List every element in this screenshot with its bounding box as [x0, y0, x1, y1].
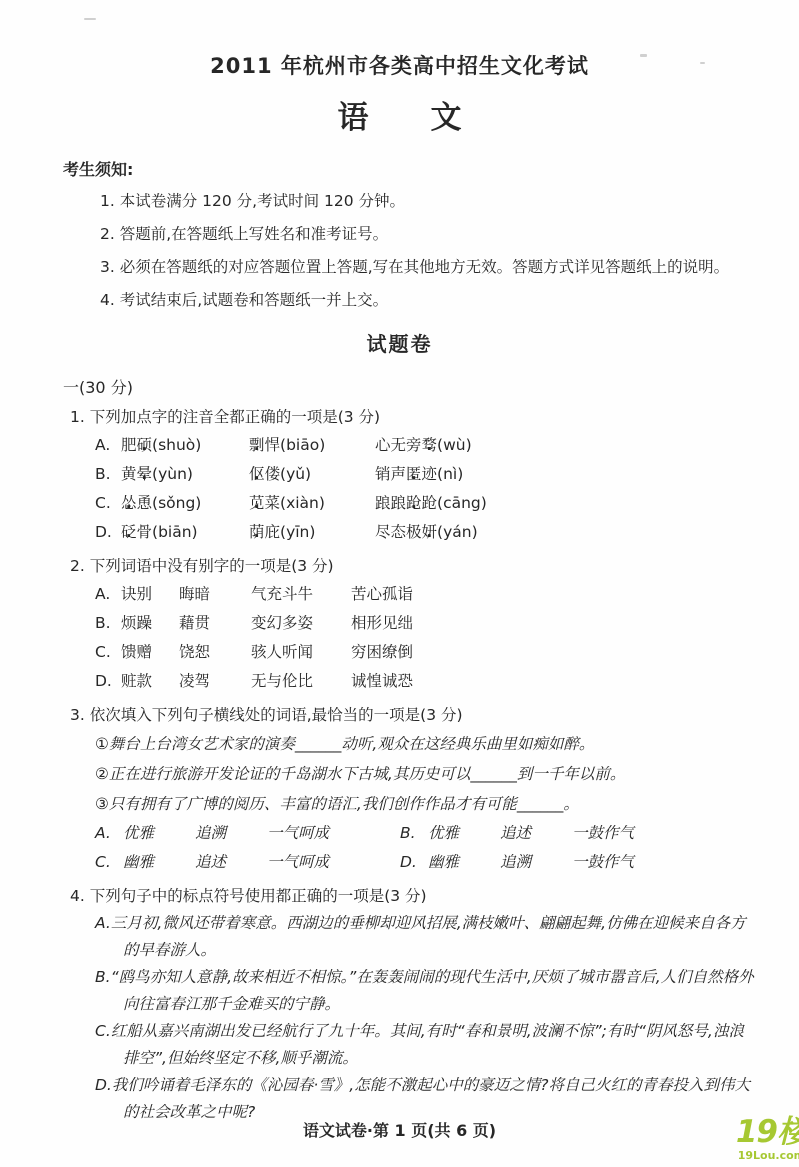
option-word: 饶恕 [179, 638, 251, 667]
option-word: 无与伦比 [251, 667, 351, 696]
option-word: 怂恿(sǒng) [121, 489, 249, 518]
question-1: 1. 下列加点字的注音全都正确的一项是(3 分) A. 肥硕(shuò) 剽悍(… [70, 403, 759, 547]
question-1-option-c: C. 怂恿(sǒng) 苋菜(xiàn) 踉踉跄跄(cāng) [95, 489, 759, 518]
option-text: 红船从嘉兴南湖出发已经航行了九十年。其间,有时“春和景明,波澜不惊”;有时“阴风… [111, 1022, 744, 1067]
option-word: 诀别 [121, 580, 179, 609]
question-2-stem: 2. 下列词语中没有别字的一项是(3 分) [70, 552, 759, 580]
question-3-option-b: B. 优雅 追述 一鼓作气 [400, 819, 634, 848]
question-3-sentence-3: ③只有拥有了广博的阅历、丰富的语汇,我们创作作品才有可能______。 [95, 789, 759, 819]
19lou-logo: 19楼 [736, 1117, 799, 1148]
option-word: 藉贯 [179, 609, 251, 638]
question-3-stem: 3. 依次填入下列句子横线处的词语,最恰当的一项是(3 分) [70, 701, 759, 729]
option-text: “鸥鸟亦知人意静,故来相近不相惊。”在轰轰闹闹的现代生活中,厌烦了城市嚣音后,人… [111, 968, 754, 1013]
option-label: C. [95, 848, 123, 877]
19lou-site-label: 19Lou.com [736, 1150, 799, 1161]
option-word: 踉踉跄跄(cāng) [375, 489, 759, 518]
option-label: A. [95, 914, 111, 932]
notice-heading: 考生须知: [63, 157, 749, 180]
option-word: 相形见绌 [351, 609, 759, 638]
option-label: B. [400, 819, 428, 848]
question-1-stem: 1. 下列加点字的注音全都正确的一项是(3 分) [70, 403, 759, 431]
option-word: 穷困缭倒 [351, 638, 759, 667]
question-2-option-a: A. 诀别 晦暗 气充斗牛 苦心孤诣 [95, 580, 759, 609]
scan-artifact [700, 62, 705, 64]
question-4-option-a: A.三月初,微风还带着寒意。西湖边的垂柳却迎风招展,满枝嫩叶、翩翩起舞,仿佛在迎… [95, 910, 759, 964]
section-heading: 试题卷 [0, 328, 799, 357]
option-word: 赃款 [121, 667, 179, 696]
option-word: 荫庇(yīn) [249, 518, 375, 547]
option-word: 销声匿迹(nì) [375, 460, 759, 489]
option-text: 我们吟诵着毛泽东的《沁园春·雪》,怎能不激起心中的豪迈之情?将自己火红的青春投入… [112, 1076, 750, 1121]
notice-item: 3. 必须在答题纸的对应答题位置上答题,写在其他地方无效。答题方式详见答题纸上的… [100, 255, 749, 279]
notice-item: 2. 答题前,在答题纸上写姓名和准考证号。 [100, 222, 749, 246]
question-1-option-d: D. 砭骨(biān) 荫庇(yīn) 尽态极妍(yán) [95, 518, 759, 547]
option-word: 幽雅 [428, 848, 500, 877]
option-word: 心无旁骛(wù) [375, 431, 759, 460]
question-3-option-c: C. 幽雅 追述 一气呵成 [95, 848, 400, 877]
candidate-notice: 考生须知: 1. 本试卷满分 120 分,考试时间 120 分钟。 2. 答题前… [63, 157, 749, 312]
notice-item: 4. 考试结束后,试题卷和答题纸一并上交。 [100, 288, 749, 312]
scan-artifact [84, 18, 96, 20]
option-word: 黄晕(yùn) [121, 460, 249, 489]
option-word: 一鼓作气 [572, 819, 634, 848]
option-label: C. [95, 1022, 111, 1040]
option-label: B. [95, 460, 121, 489]
option-word: 肥硕(shuò) [121, 431, 249, 460]
option-word: 追溯 [195, 819, 267, 848]
exam-paper-page: 2011 年杭州市各类高中招生文化考试 语 文 考生须知: 1. 本试卷满分 1… [0, 0, 799, 1167]
option-word: 苋菜(xiàn) [249, 489, 375, 518]
question-3: 3. 依次填入下列句子横线处的词语,最恰当的一项是(3 分) ①舞台上台湾女艺术… [70, 701, 759, 877]
option-word: 剽悍(biāo) [249, 431, 375, 460]
question-2-option-c: C. 馈赠 饶恕 骇人听闻 穷困缭倒 [95, 638, 759, 667]
option-label: B. [95, 968, 111, 986]
option-word: 一气呵成 [267, 819, 400, 848]
question-2-option-b: B. 烦躁 藉贯 变幻多姿 相形见绌 [95, 609, 759, 638]
subject-title: 语 文 [0, 92, 799, 137]
option-word: 骇人听闻 [251, 638, 351, 667]
option-word: 气充斗牛 [251, 580, 351, 609]
option-word: 苦心孤诣 [351, 580, 759, 609]
option-label: A. [95, 580, 121, 609]
option-word: 幽雅 [123, 848, 195, 877]
question-3-option-a: A. 优雅 追溯 一气呵成 [95, 819, 400, 848]
question-3-sentence-1: ①舞台上台湾女艺术家的演奏______动听,观众在这经典乐曲里如痴如醉。 [95, 729, 759, 759]
option-word: 伛偻(yǔ) [249, 460, 375, 489]
question-4: 4. 下列句子中的标点符号使用都正确的一项是(3 分) A.三月初,微风还带着寒… [70, 882, 759, 1126]
option-word: 凌驾 [179, 667, 251, 696]
option-word: 诚惶诚恐 [351, 667, 759, 696]
question-3-options-row-2: C. 幽雅 追述 一气呵成 D. 幽雅 追溯 一鼓作气 [95, 848, 759, 877]
question-2: 2. 下列词语中没有别字的一项是(3 分) A. 诀别 晦暗 气充斗牛 苦心孤诣… [70, 552, 759, 696]
page-footer: 语文试卷·第 1 页(共 6 页) [0, 1118, 799, 1141]
question-4-option-c: C.红船从嘉兴南湖出发已经航行了九十年。其间,有时“春和景明,波澜不惊”;有时“… [95, 1018, 759, 1072]
option-label: D. [95, 667, 121, 696]
option-word: 一气呵成 [267, 848, 400, 877]
question-1-option-a: A. 肥硕(shuò) 剽悍(biāo) 心无旁骛(wù) [95, 431, 759, 460]
option-word: 优雅 [123, 819, 195, 848]
option-word: 砭骨(biān) [121, 518, 249, 547]
option-label: B. [95, 609, 121, 638]
scan-artifact [640, 54, 647, 57]
question-4-option-b: B.“鸥鸟亦知人意静,故来相近不相惊。”在轰轰闹闹的现代生活中,厌烦了城市嚣音后… [95, 964, 759, 1018]
option-label: A. [95, 431, 121, 460]
option-word: 烦躁 [121, 609, 179, 638]
19lou-watermark: 19楼 19Lou.com [736, 1117, 799, 1161]
option-word: 优雅 [428, 819, 500, 848]
option-label: D. [95, 1076, 112, 1094]
option-word: 追述 [500, 819, 572, 848]
option-label: D. [400, 848, 428, 877]
question-1-option-b: B. 黄晕(yùn) 伛偻(yǔ) 销声匿迹(nì) [95, 460, 759, 489]
exam-title: 2011 年杭州市各类高中招生文化考试 [0, 0, 799, 80]
option-word: 晦暗 [179, 580, 251, 609]
part-heading: 一(30 分) [63, 375, 799, 398]
option-label: A. [95, 819, 123, 848]
option-word: 追述 [195, 848, 267, 877]
question-3-options-row-1: A. 优雅 追溯 一气呵成 B. 优雅 追述 一鼓作气 [95, 819, 759, 848]
option-label: D. [95, 518, 121, 547]
option-text: 三月初,微风还带着寒意。西湖边的垂柳却迎风招展,满枝嫩叶、翩翩起舞,仿佛在迎候来… [111, 914, 746, 959]
option-word: 变幻多姿 [251, 609, 351, 638]
option-word: 馈赠 [121, 638, 179, 667]
notice-item: 1. 本试卷满分 120 分,考试时间 120 分钟。 [100, 189, 749, 213]
question-4-stem: 4. 下列句子中的标点符号使用都正确的一项是(3 分) [70, 882, 759, 910]
option-word: 一鼓作气 [572, 848, 634, 877]
option-word: 追溯 [500, 848, 572, 877]
question-2-option-d: D. 赃款 凌驾 无与伦比 诚惶诚恐 [95, 667, 759, 696]
option-word: 尽态极妍(yán) [375, 518, 759, 547]
option-label: C. [95, 489, 121, 518]
question-3-option-d: D. 幽雅 追溯 一鼓作气 [400, 848, 634, 877]
option-label: C. [95, 638, 121, 667]
question-3-sentence-2: ②正在进行旅游开发论证的千岛湖水下古城,其历史可以______到一千年以前。 [95, 759, 759, 789]
